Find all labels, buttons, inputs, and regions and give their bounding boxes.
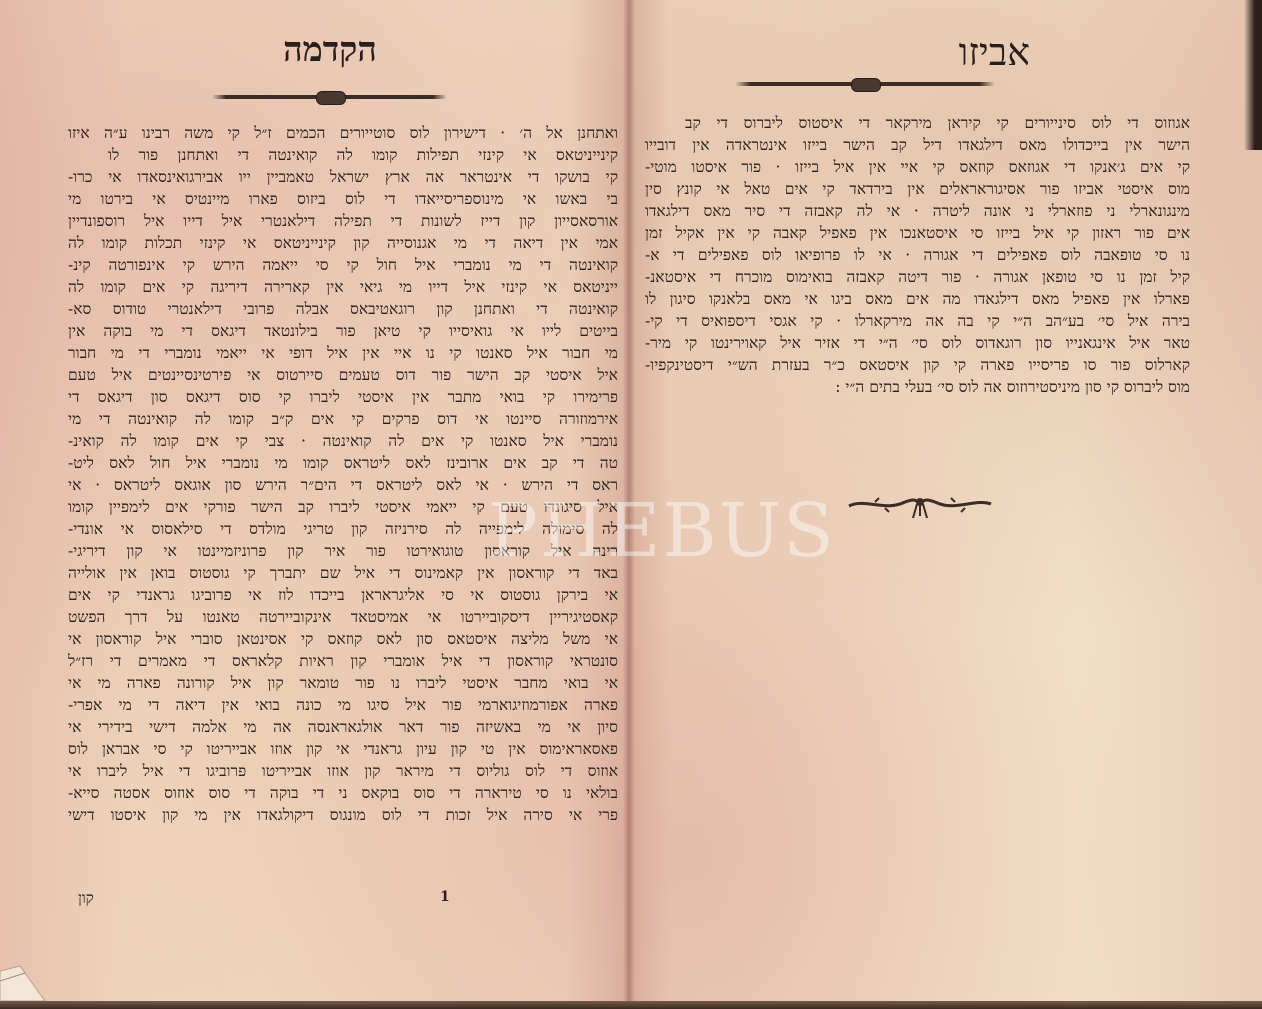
text-line: קי בושקו די אינטראר אה ארץ ישראל טאמביין… xyxy=(68,166,618,188)
text-line: איל איסטי קב הישר פור דוס טעמים סיירטוס … xyxy=(68,364,618,386)
text-line: פארה אפורמוזיגוארמי פור איל סיגו מי כונה… xyxy=(68,694,618,716)
text-line: טאר איל אינגאנייו סון רוגאדוס לוס סי׳ ה״… xyxy=(645,332,1190,354)
text-line: איל סיגונדו טעם קי ייאמי איסטי ליברו קב … xyxy=(68,496,618,518)
text-line: בי באשו אי מינוספריסייאדו די לוס ביזוס פ… xyxy=(68,188,618,210)
text-line: אים פור ראזון קי איל בייזו סי איסטאנכו א… xyxy=(645,222,1190,244)
text-line: בייטים לייו אי גואיסייו קי טיאן פור בילו… xyxy=(68,320,618,342)
text-line: אגוזוס די לוס סינייורים קי קיראן מירקאר … xyxy=(645,112,1190,134)
text-line: סונטראי קוראסון די איל אומברי קון ראיות … xyxy=(68,650,618,672)
text-line: רינה איל קוראסון טוגואירטו פור איר קון פ… xyxy=(68,540,618,562)
text-line: אורסאסייון קון דייז לשונות די תפילה דילא… xyxy=(68,210,618,232)
rule-ornament-icon xyxy=(316,91,346,105)
rule-ornament-icon xyxy=(851,78,881,92)
text-line: אמי אין דיאה די מי אגנוסייה קון קינייניט… xyxy=(68,232,618,254)
book-gutter xyxy=(623,0,635,1009)
text-line: טה די קב אים ארובינז לאס ליטראס קומו מי … xyxy=(68,452,618,474)
text-line: מוס איסטי אביזו פור אסיגוראראלים אין ביר… xyxy=(645,178,1190,200)
floral-ornament-icon xyxy=(845,492,995,520)
text-line: ראס די הירש · אי לאס ליטראס די הים״ר היר… xyxy=(68,474,618,496)
text-line: הישר אין בייכדולו מאס דילגאדו דיל קב היש… xyxy=(645,134,1190,156)
text-line: פרימירו קי בואי מתבר אין איסטי ליברו קי … xyxy=(68,386,618,408)
text-line: קארלוס פור סו פריסייו פארה קי קון איסטאס… xyxy=(645,354,1190,376)
text-line: פרי אי סירה איל זכות די לוס מונגוס דיקול… xyxy=(68,804,618,826)
text-line: סיון אי מי באשיזה פור דאר אולגאראנסה אה … xyxy=(68,716,618,738)
text-line: קינייניטאס אי קינזי תפילות קומו לה קואינ… xyxy=(68,144,618,166)
text-line: אי בירקן גוסטוס אי סי אליגראראן בייכדו ל… xyxy=(68,584,618,606)
text-line: פאסאראימוס אין טי קון עיון גראנדי אי קון… xyxy=(68,738,618,760)
text-line: מינגונארלי ני פוזארלי ני אונה ליטרה · אי… xyxy=(645,200,1190,222)
text-line: קואינטה די מי נומברי איל חול קי סי ייאמה… xyxy=(68,254,618,276)
text-line: מוס ליברוס קי סון מיניסטירוזוס אה לוס סי… xyxy=(645,376,1190,398)
text-line: קיל זמן נו סי טופאן אגורה · פור דיטה קאב… xyxy=(645,266,1190,288)
text-line: קאסטיגיריין דיסקוביירטו אי אמיסטאד אינקו… xyxy=(68,606,618,628)
book-bottom-edge xyxy=(0,1001,1262,1009)
text-line: אירמוזורה סיינטו אי דוס פרקים קי אים ק״ב… xyxy=(68,408,618,430)
catchword: קון xyxy=(78,889,94,908)
text-line: נומברי איל סאנטו קי אים לה קואינטה · צבי… xyxy=(68,430,618,452)
page-title-notice: אביזו xyxy=(730,30,1030,75)
text-line: באד די קוראסון אין קאמינוס די איל שם יתב… xyxy=(68,562,618,584)
text-line: נו סי טופאבה לוס פאפילים די אגורה · אי ל… xyxy=(645,244,1190,266)
decorative-rule xyxy=(735,82,995,86)
text-line: אוזוס די לוס גוליוס די מיראר קון אוזו אב… xyxy=(68,760,618,782)
text-line: ואתחנן אל ה׳ · דישירון לוס סוטייורים הכמ… xyxy=(68,122,618,144)
left-page: הקדמה ואתחנן אל ה׳ · דישירון לוס סוטייור… xyxy=(0,0,623,1009)
introduction-text: ואתחנן אל ה׳ · דישירון לוס סוטייורים הכמ… xyxy=(68,122,618,826)
text-line: בירה איל סי׳ בע״הב ה״י קי בה אה מירקארלו… xyxy=(645,310,1190,332)
right-page: אביזו אגוזוס די לוס סינייורים קי קיראן מ… xyxy=(635,0,1262,1009)
book-spread: הקדמה ואתחנן אל ה׳ · דישירון לוס סוטייור… xyxy=(0,0,1262,1009)
text-line: קי אים ג׳אנקו די אגוזאס קוזאס קי איי אין… xyxy=(645,156,1190,178)
decorative-rule xyxy=(212,95,447,99)
text-line: פארלו אין פאפיל מאס דילגאדו מה אים מאס ב… xyxy=(645,288,1190,310)
page-number: 1 xyxy=(440,889,450,905)
notice-text: אגוזוס די לוס סינייורים קי קיראן מירקאר … xyxy=(645,112,1190,398)
text-line: לה סימולה לימפייה לה סירניזה קון טריגי מ… xyxy=(68,518,618,540)
text-line: אי משל מליצה איסטאס סון לאס קוזאס קי אסי… xyxy=(68,628,618,650)
text-line: ייניטאס אי קינזי איל דייו מי גיאי אין קא… xyxy=(68,276,618,298)
page-title-introduction: הקדמה xyxy=(180,30,480,70)
text-line: אי בואי מחבר איסטי ליברו נו פור טומאר קו… xyxy=(68,672,618,694)
text-line: קואינטה די ואתחנן קון רוגאטיבאס אבלה פרו… xyxy=(68,298,618,320)
torn-corner-icon xyxy=(0,941,60,1001)
text-line: בולאי נו סי טירארה די סוס בוקאס ני די בו… xyxy=(68,782,618,804)
text-line: מי חבור איל סאנטו קי נו איי אין איל דופי… xyxy=(68,342,618,364)
